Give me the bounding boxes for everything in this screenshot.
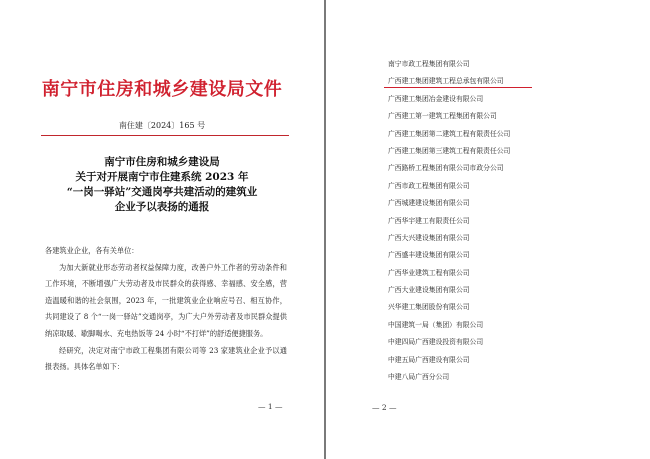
company-item: 广西路桥工程集团有限公司市政分公司 (388, 162, 510, 179)
red-divider-line (41, 135, 289, 136)
title-line: 企业予以表扬的通报 (0, 200, 324, 215)
company-item: 中国建筑一局（集团）有限公司 (388, 319, 510, 336)
company-item: 广西华宇建工有限责任公司 (388, 215, 510, 232)
company-item: 中建八局广西分公司 (388, 371, 510, 388)
company-item: 南宁市政工程集团有限公司 (388, 58, 510, 75)
company-item: 广西建工集团冶金建设有限公司 (388, 93, 510, 110)
salutation: 各建筑业企业，各有关单位： (45, 243, 287, 260)
company-item: 广西市政工程集团有限公司 (388, 180, 510, 197)
company-item: 兴华建工集团股份有限公司 (388, 301, 510, 318)
body-paragraph: 经研究，决定对南宁市政工程集团有限公司等 23 家建筑业企业予以通报表扬。具体名… (45, 343, 287, 376)
company-item: 广西建工集团第二建筑工程有限责任公司 (388, 128, 510, 145)
company-item-highlighted: 广西建工集团建筑工程总承包有限公司 (388, 75, 510, 92)
title-line: “一岗一驿站”交通岗亭共建活动的建筑业 (0, 185, 324, 200)
company-item: 广西大业建设集团有限公司 (388, 284, 510, 301)
page-number: — 1 — (258, 402, 283, 411)
document-page-1: 南宁市住房和城乡建设局文件 南住建〔2024〕165 号 南宁市住房和城乡建设局… (0, 0, 324, 459)
title-line: 关于对开展南宁市住建系统 2023 年 (0, 170, 324, 185)
document-header: 南宁市住房和城乡建设局文件 (0, 75, 324, 101)
document-title: 南宁市住房和城乡建设局 关于对开展南宁市住建系统 2023 年 “一岗一驿站”交… (0, 155, 324, 215)
company-item: 中建五局广西建设有限公司 (388, 354, 510, 371)
company-list: 南宁市政工程集团有限公司 广西建工集团建筑工程总承包有限公司 广西建工集团冶金建… (388, 58, 510, 388)
company-item: 广西华业建筑工程有限公司 (388, 267, 510, 284)
company-item: 广西城建建设集团有限公司 (388, 197, 510, 214)
company-item: 广西建工第一建筑工程集团有限公司 (388, 110, 510, 127)
document-number: 南住建〔2024〕165 号 (0, 120, 324, 131)
page-number: — 2 — (372, 403, 397, 412)
company-item: 中建四局广西建设投资有限公司 (388, 336, 510, 353)
title-line: 南宁市住房和城乡建设局 (0, 155, 324, 170)
company-item: 广西盛丰建设集团有限公司 (388, 249, 510, 266)
document-body: 各建筑业企业，各有关单位： 为加大新就业形态劳动者权益保障力度，改善户外工作者的… (45, 243, 287, 376)
body-paragraph: 为加大新就业形态劳动者权益保障力度，改善户外工作者的劳动条件和工作环境，不断增强… (45, 260, 287, 343)
company-item: 广西建工集团第三建筑工程有限责任公司 (388, 145, 510, 162)
company-item: 广西大兴建设集团有限公司 (388, 232, 510, 249)
